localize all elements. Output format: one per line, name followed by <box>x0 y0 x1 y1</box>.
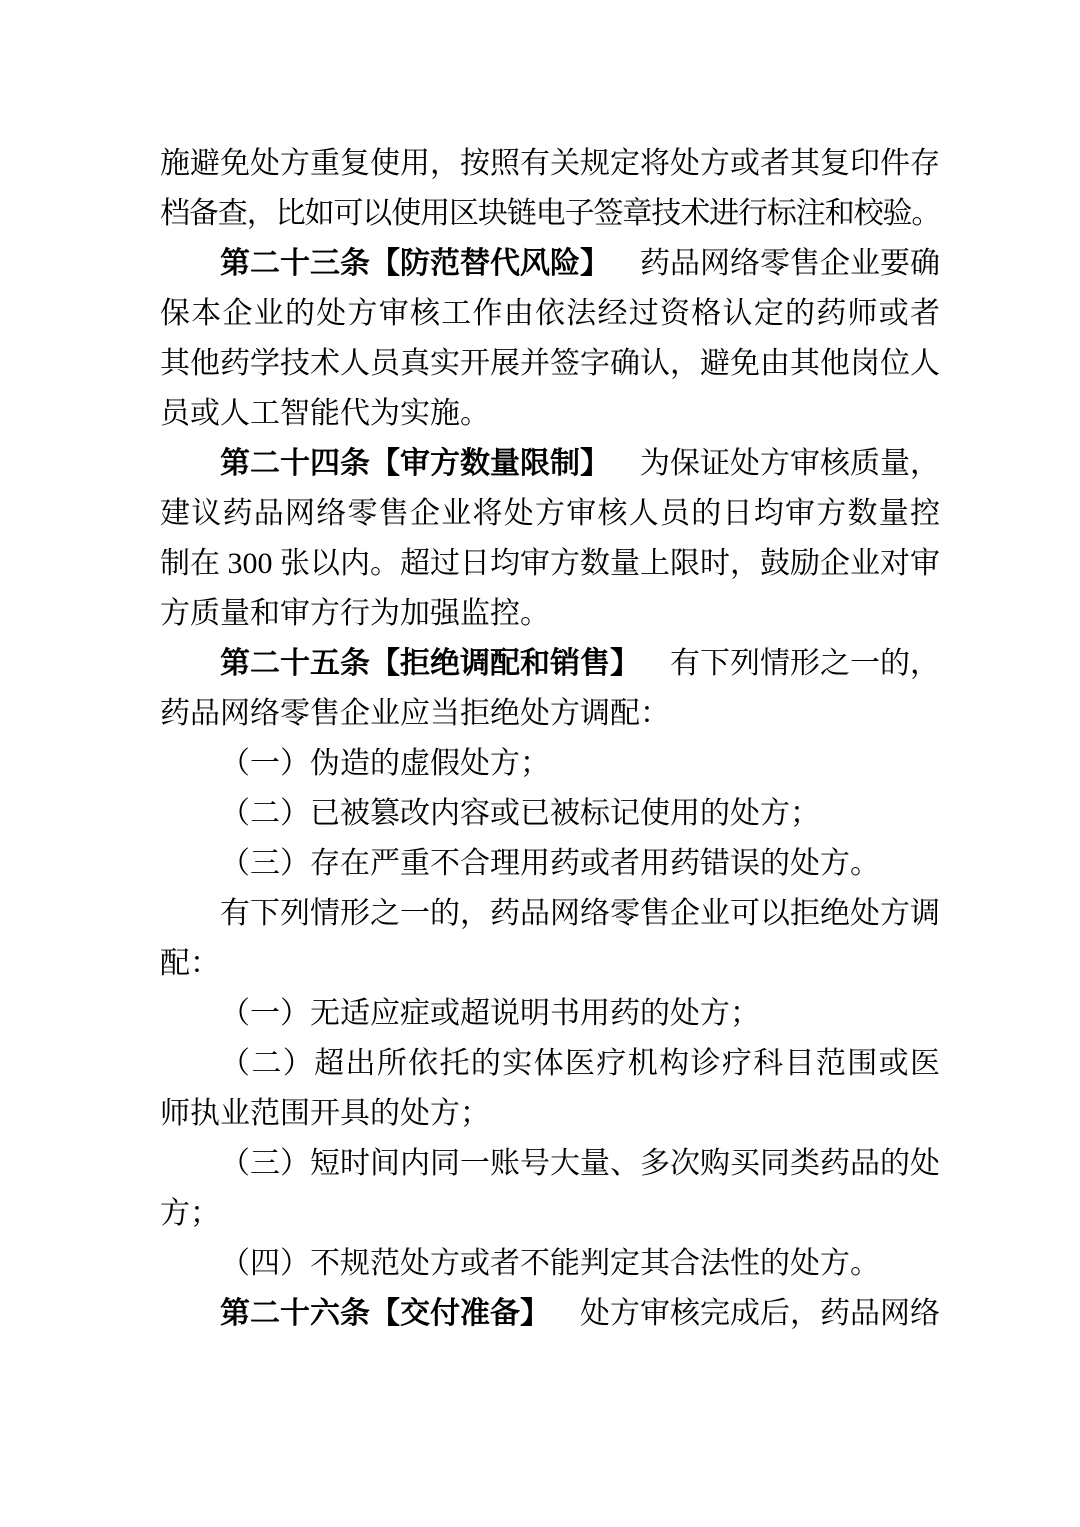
text-line: 员或人工智能代为实施。 <box>160 389 940 439</box>
list-item-line: （二）超出所依托的实体医疗机构诊疗科目范围或医 <box>160 1039 940 1089</box>
article-heading-line: 第二十三条【防范替代风险】药品网络零售企业要确 <box>160 239 940 289</box>
text-line: 档备查，比如可以使用区块链电子签章技术进行标注和校验。 <box>160 189 940 239</box>
body-text: 制在 300 张以内。超过日均审方数量上限时，鼓励企业对审 <box>160 547 940 580</box>
text-line: 方质量和审方行为加强监控。 <box>160 589 940 639</box>
text-line: 药品网络零售企业应当拒绝处方调配： <box>160 689 940 739</box>
body-text: （二）超出所依托的实体医疗机构诊疗科目范围或医 <box>220 1047 940 1080</box>
body-text: 药品网络零售企业要确 <box>640 247 940 280</box>
article-heading-text: 第二十四条【审方数量限制】 <box>220 447 610 480</box>
text-line: 施避免处方重复使用，按照有关规定将处方或者其复印件存 <box>160 139 940 189</box>
list-item-line: （三）存在严重不合理用药或者用药错误的处方。 <box>160 839 940 889</box>
body-text: 保本企业的处方审核工作由依法经过资格认定的药师或者 <box>160 297 940 330</box>
document-body: 施避免处方重复使用，按照有关规定将处方或者其复印件存档备查，比如可以使用区块链电… <box>160 139 940 1339</box>
article-heading-line: 第二十五条【拒绝调配和销售】有下列情形之一的， <box>160 639 940 689</box>
list-item-line: （一）伪造的虚假处方； <box>160 739 940 789</box>
body-text: 方质量和审方行为加强监控。 <box>160 597 550 630</box>
article-heading-text: 第二十五条【拒绝调配和销售】 <box>220 647 640 680</box>
body-text: 为保证处方审核质量， <box>640 447 940 480</box>
document-page: 施避免处方重复使用，按照有关规定将处方或者其复印件存档备查，比如可以使用区块链电… <box>0 0 1080 1339</box>
body-text: 建议药品网络零售企业将处方审核人员的日均审方数量控 <box>160 497 940 530</box>
text-line: 方； <box>160 1189 940 1239</box>
body-text: 有下列情形之一的，药品网络零售企业可以拒绝处方调 <box>220 897 940 930</box>
text-line: 制在 300 张以内。超过日均审方数量上限时，鼓励企业对审 <box>160 539 940 589</box>
text-line: 配： <box>160 939 940 989</box>
list-item-line: （四）不规范处方或者不能判定其合法性的处方。 <box>160 1239 940 1289</box>
body-text: 施避免处方重复使用，按照有关规定将处方或者其复印件存 <box>160 147 940 180</box>
body-text: 档备查，比如可以使用区块链电子签章技术进行标注和校验。 <box>160 197 940 230</box>
body-text: （四）不规范处方或者不能判定其合法性的处方。 <box>220 1247 880 1280</box>
body-text: 员或人工智能代为实施。 <box>160 397 490 430</box>
text-line: 建议药品网络零售企业将处方审核人员的日均审方数量控 <box>160 489 940 539</box>
article-heading-line: 第二十六条【交付准备】处方审核完成后，药品网络 <box>160 1289 940 1339</box>
article-heading-text: 第二十六条【交付准备】 <box>220 1297 550 1330</box>
article-heading-line: 第二十四条【审方数量限制】为保证处方审核质量， <box>160 439 940 489</box>
body-text: （一）伪造的虚假处方； <box>220 747 550 780</box>
text-line: 保本企业的处方审核工作由依法经过资格认定的药师或者 <box>160 289 940 339</box>
article-heading-text: 第二十三条【防范替代风险】 <box>220 247 610 280</box>
body-text: （三）短时间内同一账号大量、多次购买同类药品的处 <box>220 1147 940 1180</box>
list-item-line: （一）无适应症或超说明书用药的处方； <box>160 989 940 1039</box>
body-text: 方； <box>160 1197 220 1230</box>
body-text: （三）存在严重不合理用药或者用药错误的处方。 <box>220 847 880 880</box>
body-text: 其他药学技术人员真实开展并签字确认，避免由其他岗位人 <box>160 347 940 380</box>
body-text: （二）已被篡改内容或已被标记使用的处方； <box>220 797 820 830</box>
body-text: 师执业范围开具的处方； <box>160 1097 490 1130</box>
text-line: 其他药学技术人员真实开展并签字确认，避免由其他岗位人 <box>160 339 940 389</box>
list-item-line: （三）短时间内同一账号大量、多次购买同类药品的处 <box>160 1139 940 1189</box>
text-line: 师执业范围开具的处方； <box>160 1089 940 1139</box>
body-text: 有下列情形之一的， <box>670 647 940 680</box>
list-item-line: （二）已被篡改内容或已被标记使用的处方； <box>160 789 940 839</box>
body-text: 药品网络零售企业应当拒绝处方调配： <box>160 697 670 730</box>
body-text: 配： <box>160 947 220 980</box>
body-text: （一）无适应症或超说明书用药的处方； <box>220 997 760 1030</box>
text-line: 有下列情形之一的，药品网络零售企业可以拒绝处方调 <box>160 889 940 939</box>
body-text: 处方审核完成后，药品网络 <box>580 1297 940 1330</box>
